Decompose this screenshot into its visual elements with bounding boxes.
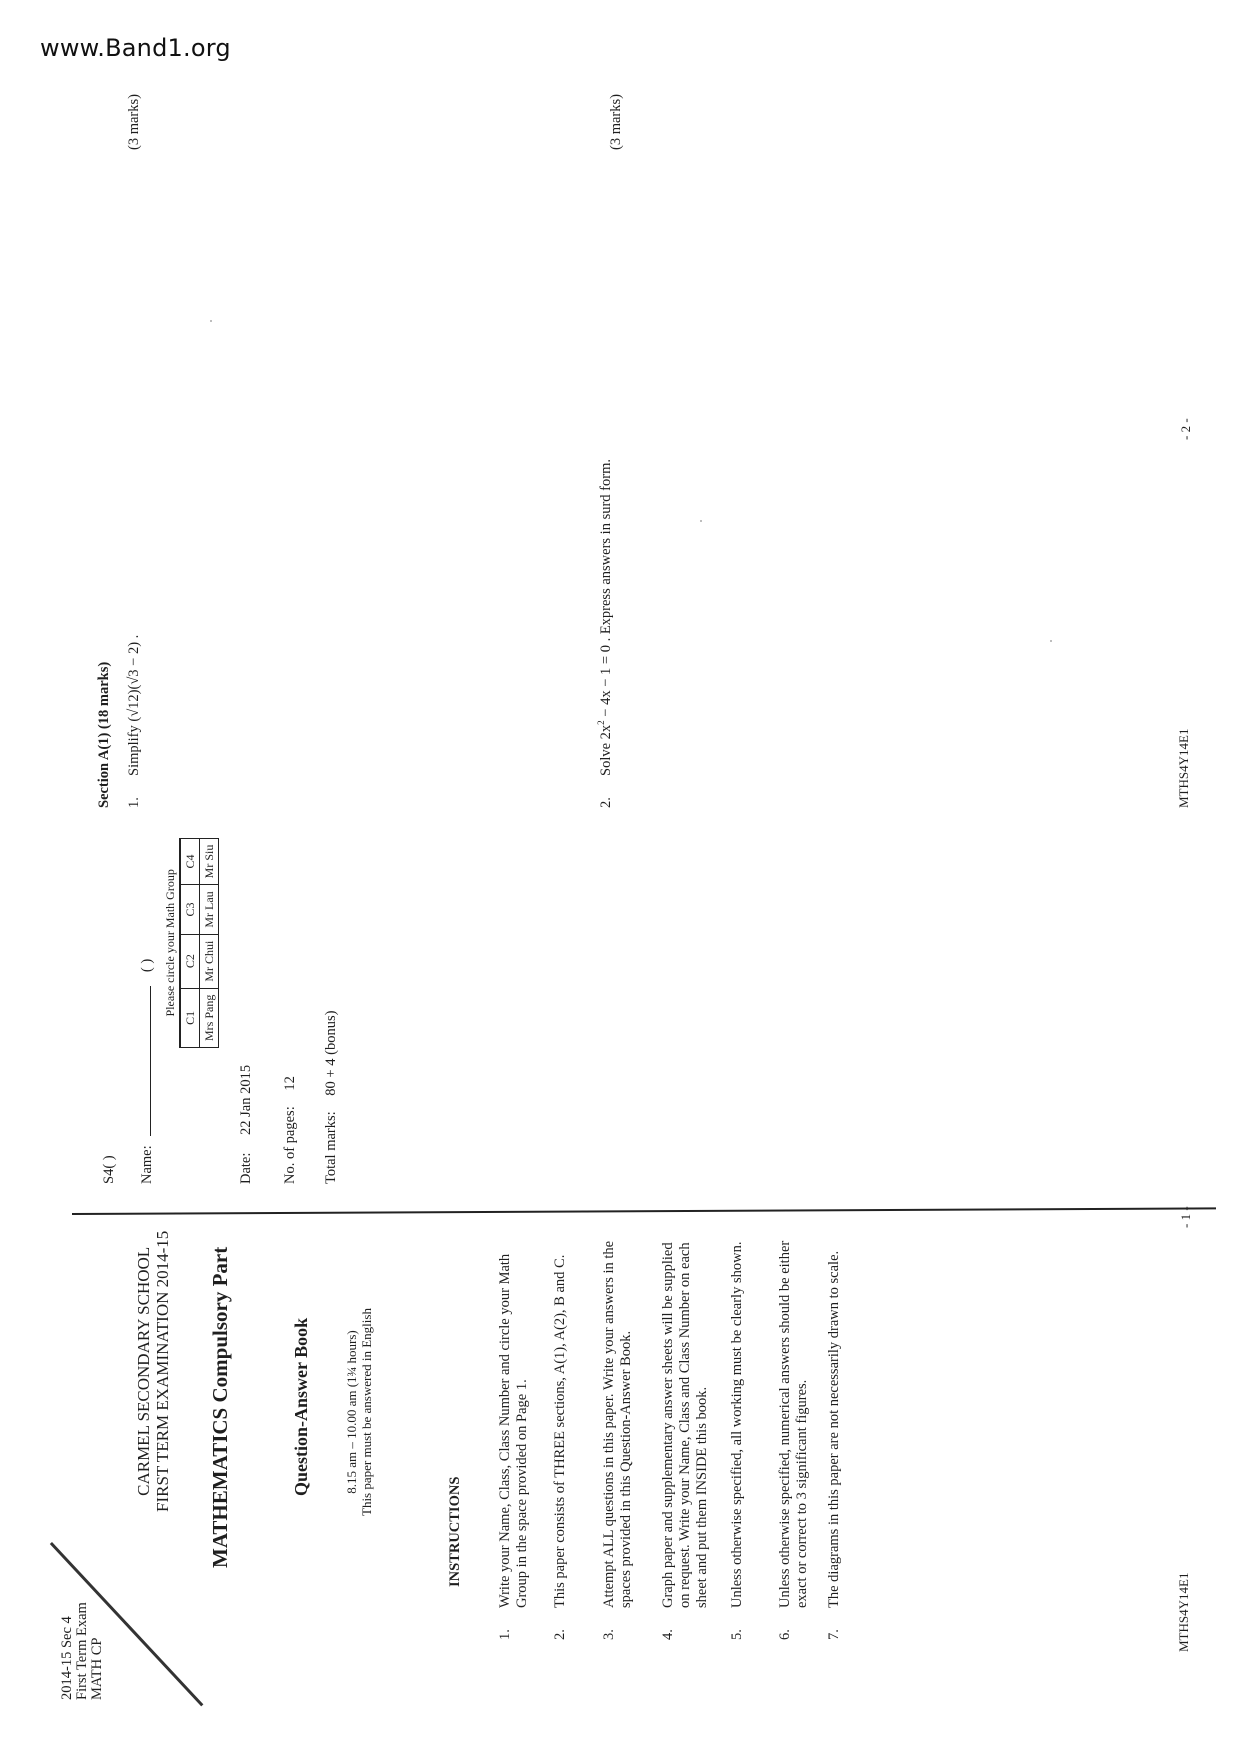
group-option-c1[interactable]: C1	[180, 988, 200, 1047]
instructions-heading: INSTRUCTIONS	[447, 1477, 464, 1587]
subject-title: MATHEMATICS Compulsory Part	[208, 1247, 233, 1568]
book-title: Question-Answer Book	[291, 1318, 312, 1496]
school-name: CARMEL SECONDARY SCHOOL	[134, 1231, 153, 1512]
instruction-item-5: 5.Unless otherwise specified, all workin…	[729, 1242, 746, 1640]
math-group-table: C1 C2 C3 C4 Mrs Pang Mr Chui Mr Lau Mr S…	[179, 838, 219, 1048]
stamp-line-3: MATH CP	[90, 1602, 105, 1700]
date-value: 22 Jan 2015	[238, 1065, 254, 1135]
instruction-item-6: 6.Unless otherwise specified, numerical …	[777, 1241, 811, 1640]
group-teacher-c1: Mrs Pang	[200, 988, 219, 1047]
group-teacher-c4: Mr Siu	[200, 838, 219, 885]
group-option-c3[interactable]: C3	[180, 885, 200, 934]
scan-speck	[210, 320, 212, 322]
instruction-item-1: 1.Write your Name, Class, Class Number a…	[497, 1254, 531, 1640]
exam-name: FIRST TERM EXAMINATION 2014-15	[153, 1231, 172, 1512]
instruction-item-2: 2.This paper consists of THREE sections,…	[552, 1255, 569, 1640]
site-watermark: www.Band1.org	[40, 34, 231, 62]
group-option-c2[interactable]: C2	[180, 934, 200, 988]
exam-time: 8.15 am – 10.00 am (1¾ hours)	[344, 1308, 359, 1516]
pages-label: No. of pages:	[282, 1106, 298, 1184]
pages-row: No. of pages: 12	[282, 1076, 299, 1184]
instruction-number: 7.	[826, 1608, 843, 1640]
stamp-line-2: First Term Exam	[75, 1602, 90, 1700]
scan-speck	[1050, 640, 1052, 642]
page-divider	[72, 1207, 1216, 1215]
instruction-number: 3.	[601, 1608, 618, 1640]
instruction-item-4: 4.Graph paper and supplementary answer s…	[660, 1242, 711, 1640]
math-group-caption: Please circle your Math Group	[163, 838, 178, 1048]
scan-speck	[500, 1420, 502, 1422]
date-label: Date:	[238, 1153, 254, 1184]
question-number: 2.	[598, 776, 615, 808]
question-2: 2.Solve 2x2 − 4x − 1 = 0 . Express answe…	[596, 459, 615, 808]
instruction-item-7: 7.The diagrams in this paper are not nec…	[826, 1251, 843, 1640]
instruction-number: 1.	[497, 1608, 514, 1640]
group-teacher-c3: Mr Lau	[200, 885, 219, 934]
total-marks-value: 80 + 4 (bonus)	[323, 1011, 339, 1096]
question-1: 1.Simplify (√12)(√3 − 2) .	[126, 635, 143, 808]
language-note: This paper must be answered in English	[359, 1308, 374, 1516]
date-row: Date: 22 Jan 2015	[238, 1065, 255, 1184]
instruction-number: 6.	[777, 1608, 794, 1640]
question-2-marks: (3 marks)	[608, 94, 625, 150]
math-group-selector: Please circle your Math Group C1 C2 C3 C…	[163, 838, 219, 1048]
question-1-marks: (3 marks)	[126, 94, 143, 150]
group-teacher-c2: Mr Chui	[200, 934, 219, 988]
name-label: Name:	[139, 1145, 155, 1184]
instruction-number: 4.	[660, 1608, 677, 1640]
corner-stamp: 2014-15 Sec 4 First Term Exam MATH CP	[60, 1602, 105, 1700]
instruction-item-3: 3.Attempt ALL questions in this paper. W…	[601, 1241, 635, 1640]
class-field[interactable]: S4( )	[101, 1155, 118, 1184]
instruction-number: 5.	[729, 1608, 746, 1640]
stamp-line-1: 2014-15 Sec 4	[60, 1602, 75, 1700]
page2-page-number: - 2 -	[1178, 418, 1194, 440]
name-field[interactable]	[150, 986, 151, 1136]
page2-footer-code: MTHS4Y14E1	[1176, 729, 1192, 808]
school-header: CARMEL SECONDARY SCHOOL FIRST TERM EXAMI…	[134, 1231, 172, 1512]
question-number: 1.	[126, 776, 143, 808]
group-option-c4[interactable]: C4	[180, 838, 200, 885]
name-row: Name: ( )	[139, 959, 156, 1184]
exam-time-block: 8.15 am – 10.00 am (1¾ hours) This paper…	[344, 1308, 374, 1516]
question-text: Simplify (√12)(√3 − 2) .	[126, 635, 142, 776]
total-marks-label: Total marks:	[323, 1111, 339, 1184]
instruction-number: 2.	[552, 1608, 569, 1640]
section-title: Section A(1) (18 marks)	[96, 662, 113, 808]
page1-footer-code: MTHS4Y14E1	[1176, 1573, 1192, 1652]
class-number-field[interactable]: ( )	[139, 959, 155, 972]
scan-speck	[700, 520, 702, 522]
total-marks-row: Total marks: 80 + 4 (bonus)	[323, 1011, 340, 1184]
pages-value: 12	[282, 1076, 298, 1091]
